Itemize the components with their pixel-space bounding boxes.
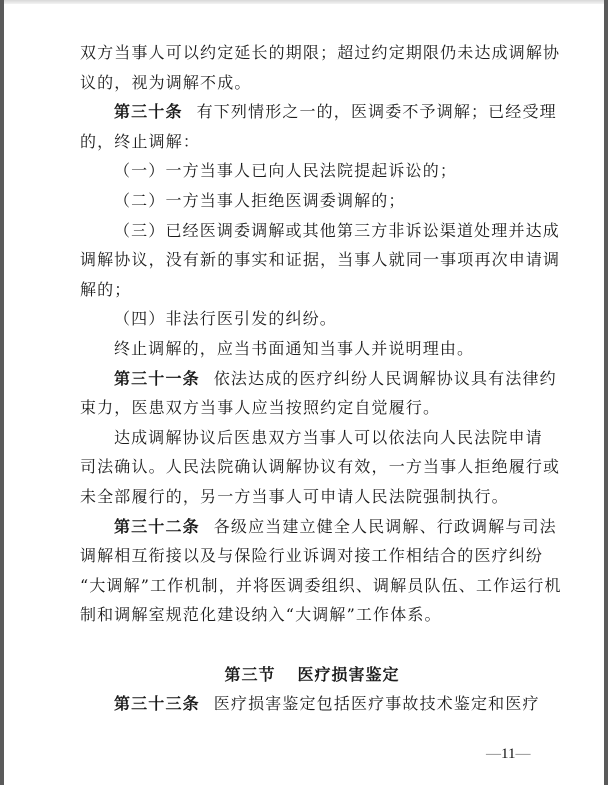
text-line: 的，终止调解：: [80, 127, 530, 157]
page-number-dash-right: —: [515, 746, 530, 762]
section-heading: 第三节医疗损害鉴定: [80, 660, 530, 690]
page-number-dash-left: —: [486, 746, 501, 762]
text-line: 议的，视为调解不成。: [80, 68, 530, 98]
window-left-border: [0, 0, 4, 785]
article-32-first-line: 第三十二条各级应当建立健全人民调解、行政调解与司法: [80, 512, 530, 542]
text-line: 双方当事人可以约定延长的期限；超过约定期限仍未达成调解协: [80, 38, 530, 68]
spacer: [80, 630, 530, 660]
article-text: 各级应当建立健全人民调解、行政调解与司法: [214, 517, 557, 536]
article-text: 医疗损害鉴定包括医疗事故技术鉴定和医疗: [214, 694, 540, 713]
article-text: 有下列情形之一的，医调委不予调解；已经受理: [197, 102, 557, 121]
window-right-border: [604, 0, 608, 785]
text-line: 束力，医患双方当事人应当按照约定自觉履行。: [80, 393, 530, 423]
window-top-edge: [0, 0, 608, 4]
article-number: 第三十二条: [114, 517, 200, 536]
text-line: 达成调解协议后医患双方当事人可以依法向人民法院申请: [80, 423, 530, 453]
text-line: 制和调解室规范化建设纳入“大调解”工作体系。: [80, 600, 530, 630]
list-item: （一）一方当事人已向人民法院提起诉讼的；: [80, 156, 530, 186]
article-31-first-line: 第三十一条依法达成的医疗纠纷人民调解协议具有法律约: [80, 364, 530, 394]
text-line: 解的；: [80, 275, 530, 305]
text-line: “大调解”工作机制，并将医调委组织、调解员队伍、工作运行机: [80, 571, 530, 601]
article-33-first-line: 第三十三条医疗损害鉴定包括医疗事故技术鉴定和医疗: [80, 689, 530, 719]
article-30-first-line: 第三十条有下列情形之一的，医调委不予调解；已经受理: [80, 97, 530, 127]
article-text: 依法达成的医疗纠纷人民调解协议具有法律约: [214, 369, 557, 388]
text-line: 调解相互衔接以及与保险行业诉调对接工作相结合的医疗纠纷: [80, 541, 530, 571]
article-number: 第三十三条: [114, 694, 200, 713]
text-line: 司法确认。人民法院确认调解协议有效，一方当事人拒绝履行或: [80, 452, 530, 482]
list-item: （二）一方当事人拒绝医调委调解的；: [80, 186, 530, 216]
article-number: 第三十条: [114, 102, 183, 121]
page-number: —11—: [486, 746, 530, 763]
section-title: 医疗损害鉴定: [298, 665, 400, 684]
text-line: 终止调解的，应当书面通知当事人并说明理由。: [80, 334, 530, 364]
list-item: （三）已经医调委调解或其他第三方非诉讼渠道处理并达成: [80, 216, 530, 246]
list-item: （四）非法行医引发的纠纷。: [80, 304, 530, 334]
section-number: 第三节: [224, 665, 275, 684]
document-page: 双方当事人可以约定延长的期限；超过约定期限仍未达成调解协 议的，视为调解不成。 …: [80, 38, 530, 719]
text-line: 调解协议，没有新的事实和证据，当事人就同一事项再次申请调: [80, 245, 530, 275]
text-line: 未全部履行的，另一方当事人可申请人民法院强制执行。: [80, 482, 530, 512]
page-number-value: 11: [501, 746, 515, 762]
article-number: 第三十一条: [114, 369, 200, 388]
